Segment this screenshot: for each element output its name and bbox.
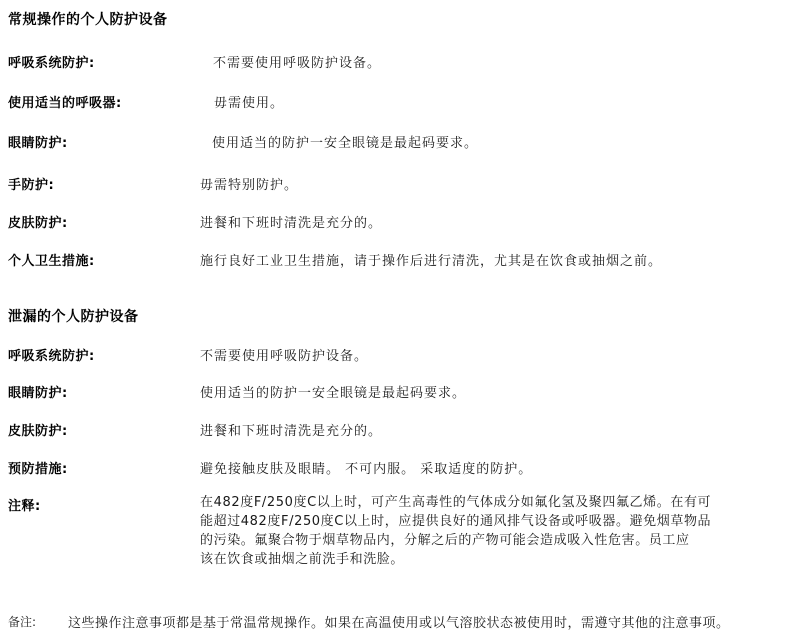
remarks-line: 能超过482度F/250度C以上时，应提供良好的通风排气设备或呼吸器。避免烟草物…	[200, 512, 790, 531]
value-hand-protection: 毋需特别防护。	[200, 174, 298, 193]
footer-note-text: 这些操作注意事项都是基于常温常规操作。如果在高温使用或以气溶胶状态被使用时，需遵…	[68, 612, 730, 631]
label-eye-protection: 眼睛防护:	[8, 132, 68, 151]
value-precautions: 避免接触皮肤及眼睛。 不可内服。 采取适度的防护。	[200, 458, 532, 477]
label-spill-eye-protection: 眼睛防护:	[8, 382, 68, 401]
section-title-routine-ppe: 常规操作的个人防护设备	[8, 9, 168, 29]
value-suitable-respirator: 毋需使用。	[214, 92, 284, 111]
value-eye-protection: 使用适当的防护一安全眼镜是最起码要求。	[212, 132, 478, 151]
label-precautions: 预防措施:	[8, 458, 68, 477]
label-spill-skin-protection: 皮肤防护:	[8, 420, 68, 439]
value-spill-eye-protection: 使用适当的防护一安全眼镜是最起码要求。	[200, 382, 466, 401]
label-skin-protection: 皮肤防护:	[8, 212, 68, 231]
value-spill-respiratory-protection: 不需要使用呼吸防护设备。	[200, 345, 368, 364]
label-respiratory-protection: 呼吸系统防护:	[8, 52, 95, 71]
footer-note-label: 备注:	[8, 613, 36, 630]
label-suitable-respirator: 使用适当的呼吸器:	[8, 92, 122, 111]
value-remarks: 在482度F/250度C以上时，可产生高毒性的气体成分如氟化氢及聚四氟乙烯。在有…	[200, 493, 790, 569]
value-skin-protection: 进餐和下班时清洗是充分的。	[200, 212, 382, 231]
remarks-line: 在482度F/250度C以上时，可产生高毒性的气体成分如氟化氢及聚四氟乙烯。在有…	[200, 493, 790, 512]
remarks-line: 的污染。氟聚合物于烟草物品内，分解之后的产物可能会造成吸入性危害。员工应	[200, 531, 790, 550]
value-hygiene-measures: 施行良好工业卫生措施，请于操作后进行清洗，尤其是在饮食或抽烟之前。	[200, 250, 662, 269]
label-spill-respiratory-protection: 呼吸系统防护:	[8, 345, 95, 364]
label-hand-protection: 手防护:	[8, 174, 54, 193]
remarks-line: 该在饮食或抽烟之前洗手和洗脸。	[200, 550, 790, 569]
value-spill-skin-protection: 进餐和下班时清洗是充分的。	[200, 420, 382, 439]
section-title-spill-ppe: 泄漏的个人防护设备	[8, 306, 139, 326]
value-respiratory-protection: 不需要使用呼吸防护设备。	[213, 52, 381, 71]
label-hygiene-measures: 个人卫生措施:	[8, 250, 95, 269]
label-remarks: 注释:	[8, 495, 41, 514]
